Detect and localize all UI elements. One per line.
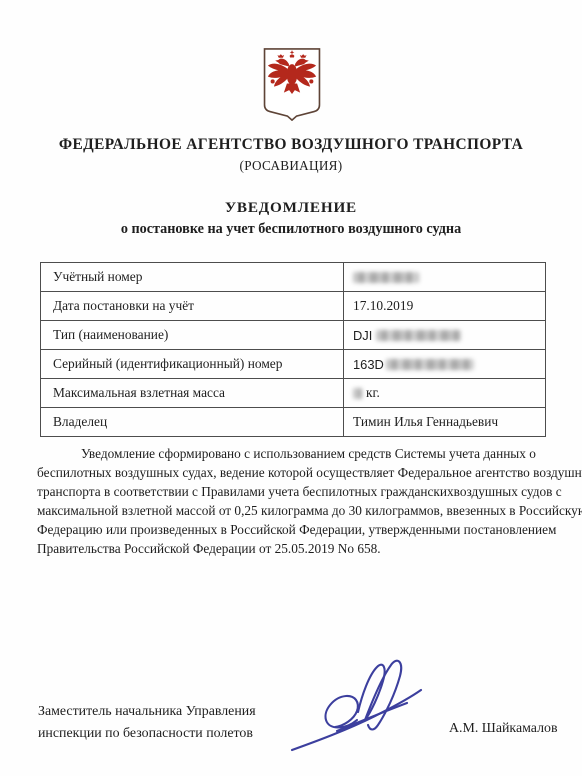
coat-of-arms	[263, 47, 321, 121]
signer-name: А.М. Шайкамалов	[449, 721, 558, 737]
paragraph-line: беспилотных воздушных судах, ведение кот…	[37, 463, 582, 482]
row-value: 17.10.2019	[344, 292, 545, 320]
row-label: Тип (наименование)	[41, 321, 344, 349]
row-label: Учётный номер	[41, 263, 344, 291]
paragraph-line: Правительства Российской Федерации от 25…	[37, 539, 582, 558]
mass-unit: кг.	[366, 385, 380, 401]
registration-date: 17.10.2019	[353, 298, 413, 314]
signer-position-line1: Заместитель начальника Управления	[38, 701, 256, 723]
redacted-text	[353, 272, 419, 283]
row-value	[344, 263, 545, 291]
table-row-owner: Владелец Тимин Илья Геннадьевич	[41, 407, 545, 436]
document-subtitle: о постановке на учет беспилотного воздуш…	[0, 221, 582, 238]
russia-coat-of-arms-icon	[263, 47, 321, 121]
redacted-text	[386, 359, 474, 370]
row-label: Максимальная взлетная масса	[41, 379, 344, 407]
owner-name: Тимин Илья Геннадьевич	[353, 414, 498, 430]
table-row-account-number: Учётный номер	[41, 263, 545, 291]
row-value: 163D	[344, 350, 545, 378]
body-paragraph: Уведомление сформировано с использование…	[37, 444, 582, 558]
redacted-text	[376, 330, 461, 341]
document-page: ФЕДЕРАЛЬНОЕ АГЕНТСТВО ВОЗДУШНОГО ТРАНСПО…	[0, 0, 582, 776]
table-row-serial-number: Серийный (идентификационный) номер 163D	[41, 349, 545, 378]
row-label: Владелец	[41, 408, 344, 436]
table-row-max-takeoff-mass: Максимальная взлетная масса кг.	[41, 378, 545, 407]
agency-name: ФЕДЕРАЛЬНОЕ АГЕНТСТВО ВОЗДУШНОГО ТРАНСПО…	[0, 136, 582, 154]
row-label: Дата постановки на учёт	[41, 292, 344, 320]
row-label: Серийный (идентификационный) номер	[41, 350, 344, 378]
agency-short-name: (РОСАВИАЦИЯ)	[0, 158, 582, 174]
paragraph-line: транспорта в соответствии с Правилами уч…	[37, 482, 582, 501]
table-row-type: Тип (наименование) DJI	[41, 320, 545, 349]
paragraph-line: Федерацию или произведенных в Российской…	[37, 520, 582, 539]
redacted-text	[353, 388, 362, 399]
type-value: DJI	[353, 328, 372, 343]
row-value: Тимин Илья Геннадьевич	[344, 408, 545, 436]
handwritten-signature-icon	[285, 650, 445, 762]
paragraph-line: максимальной взлетной массой от 0,25 кил…	[37, 501, 582, 520]
serial-value: 163D	[353, 357, 384, 372]
row-value: кг.	[344, 379, 545, 407]
document-title: УВЕДОМЛЕНИЕ	[0, 199, 582, 217]
row-value: DJI	[344, 321, 545, 349]
signer-position: Заместитель начальника Управления инспек…	[38, 701, 256, 744]
table-row-registration-date: Дата постановки на учёт 17.10.2019	[41, 291, 545, 320]
signer-position-line2: инспекции по безопасности полетов	[38, 723, 256, 745]
registration-table: Учётный номер Дата постановки на учёт 17…	[40, 262, 546, 437]
paragraph-line: Уведомление сформировано с использование…	[37, 444, 582, 463]
